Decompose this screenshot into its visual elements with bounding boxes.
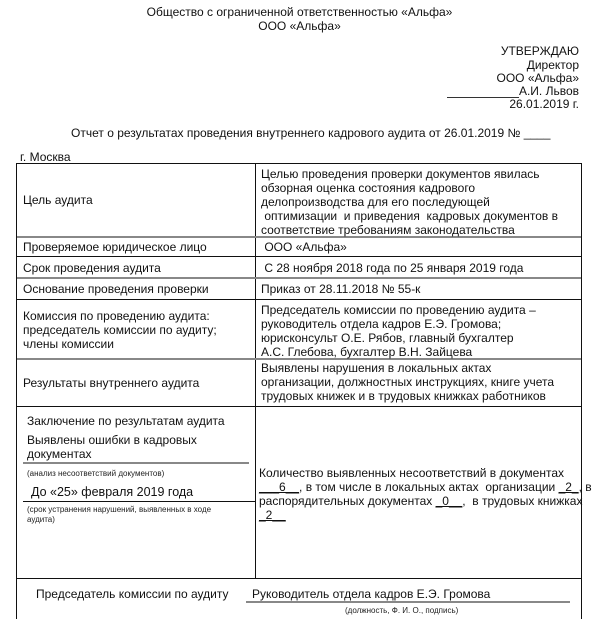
row-value-audit-basis: Приказ от 28.11.2018 № 55-к: [261, 282, 420, 296]
approval-position: Директор: [527, 58, 579, 72]
conclusion-title: Заключение по результатам аудита: [27, 414, 225, 428]
signature-value: Руководитель отдела кадров Е.Э. Громова: [252, 587, 490, 601]
conclusion-deadline: До «25» февраля 2019 года: [31, 485, 193, 499]
text-line: председатель комиссии по аудиту;: [23, 323, 217, 337]
org-full-name: Общество с ограниченной ответственностью…: [0, 5, 599, 19]
text-line: Выявлены ошибки в кадровых: [27, 433, 197, 447]
deadline-caption: (срок устранения нарушений, выявленных в…: [27, 505, 211, 525]
text-line: юрисконсульт О.Е. Рябов, главный бухгалт…: [261, 331, 536, 345]
row-label-commission: Комиссия по проведению аудита: председат…: [23, 309, 217, 351]
approver-name: А.И. Львов: [519, 84, 579, 98]
audit-table: Цель аудита Целью проведения проверки до…: [16, 163, 582, 579]
row-value-audit-goal: Целью проведения проверки документов яви…: [261, 167, 558, 237]
row-divider: [17, 299, 581, 300]
row-label-audit-basis: Основание проведения проверки: [23, 282, 209, 296]
text-line: соответствие требованиям законодательств…: [261, 223, 558, 237]
text-line: организации, должностных инструкциях, кн…: [261, 375, 554, 389]
approval-title: УТВЕРЖДАЮ: [501, 44, 579, 58]
text-line: трудовых книжек и в трудовых книжках раб…: [261, 389, 554, 403]
text-fragment: , в: [579, 480, 592, 494]
finding-underline: [23, 462, 249, 464]
text-fragment: , в том числе в локальных актах организа…: [299, 480, 559, 494]
text-fragment: распорядительных документах: [259, 494, 436, 508]
text-line: делопроизводства для его последующей: [261, 195, 558, 209]
text-line: документах: [27, 447, 197, 461]
row-value-legal-entity: ООО «Альфа»: [261, 240, 347, 254]
text-line: члены комиссии: [23, 337, 217, 351]
deadline-underline: [23, 501, 255, 502]
text-line: Количество выявленных несоответствий в д…: [259, 466, 592, 480]
column-divider: [255, 164, 256, 406]
text-line: А.С. Глебова, бухгалтер В.Н. Зайцева: [261, 345, 536, 359]
local-acts-count: _2_: [559, 480, 579, 494]
row-divider: [17, 277, 581, 279]
column-divider-lower: [255, 406, 256, 578]
signature-line: [447, 86, 519, 98]
conclusion-finding: Выявлены ошибки в кадровых документах: [27, 433, 197, 461]
row-value-results: Выявлены нарушения в локальных актах орг…: [261, 361, 554, 403]
row-label-audit-goal: Цель аудита: [23, 193, 93, 207]
text-line: руководитель отдела кадров Е.Э. Громова;: [261, 317, 536, 331]
finding-caption: (анализ несоответствий документов): [27, 467, 164, 481]
text-line: распорядительных документах _0__, в труд…: [259, 494, 592, 508]
approval-company: ООО «Альфа»: [497, 71, 580, 85]
approval-signature: А.И. Львов: [447, 84, 579, 98]
row-label-results: Результаты внутреннего аудита: [23, 376, 199, 390]
text-line: (срок устранения нарушений, выявленных в…: [27, 505, 211, 515]
nonconformity-count: Количество выявленных несоответствий в д…: [259, 466, 592, 522]
row-divider: [17, 406, 581, 407]
signature-underline: [246, 601, 570, 603]
text-line: ___6__, в том числе в локальных актах ор…: [259, 480, 592, 494]
text-line: _2__: [259, 508, 592, 522]
text-line: Комиссия по проведению аудита:: [23, 309, 217, 323]
text-line: оптимизации и приведения кадровых докуме…: [261, 209, 558, 223]
orders-count: _0__: [436, 494, 463, 508]
approval-date: 26.01.2019 г.: [509, 97, 579, 111]
signature-label: Председатель комиссии по аудиту: [36, 587, 229, 601]
text-line: аудита): [27, 515, 211, 525]
row-label-audit-period: Срок проведения аудита: [23, 261, 161, 275]
text-fragment: , в трудовых книжках: [462, 494, 582, 508]
text-line: Выявлены нарушения в локальных актах: [261, 361, 554, 375]
text-line: обзорная оценка состояния кадрового: [261, 181, 558, 195]
org-short-name: ООО «Альфа»: [0, 19, 599, 33]
text-line: Целью проведения проверки документов яви…: [261, 167, 558, 181]
row-label-legal-entity: Проверяемое юридическое лицо: [23, 240, 207, 254]
total-count: ___6__: [259, 480, 299, 494]
row-divider: [17, 256, 581, 257]
report-title: Отчет о результатах проведения внутренне…: [71, 126, 550, 140]
footer-left-border: [16, 579, 17, 619]
text-line: Председатель комиссии по проведению ауди…: [261, 303, 536, 317]
work-books-count: _2__: [259, 508, 286, 522]
signature-caption: (должность, Ф. И. О., подпись): [345, 606, 458, 615]
row-value-audit-period: С 28 ноября 2018 года по 25 января 2019 …: [261, 261, 523, 275]
city: г. Москва: [20, 150, 71, 164]
footer-right-border: [581, 579, 582, 619]
row-value-commission: Председатель комиссии по проведению ауди…: [261, 303, 536, 359]
